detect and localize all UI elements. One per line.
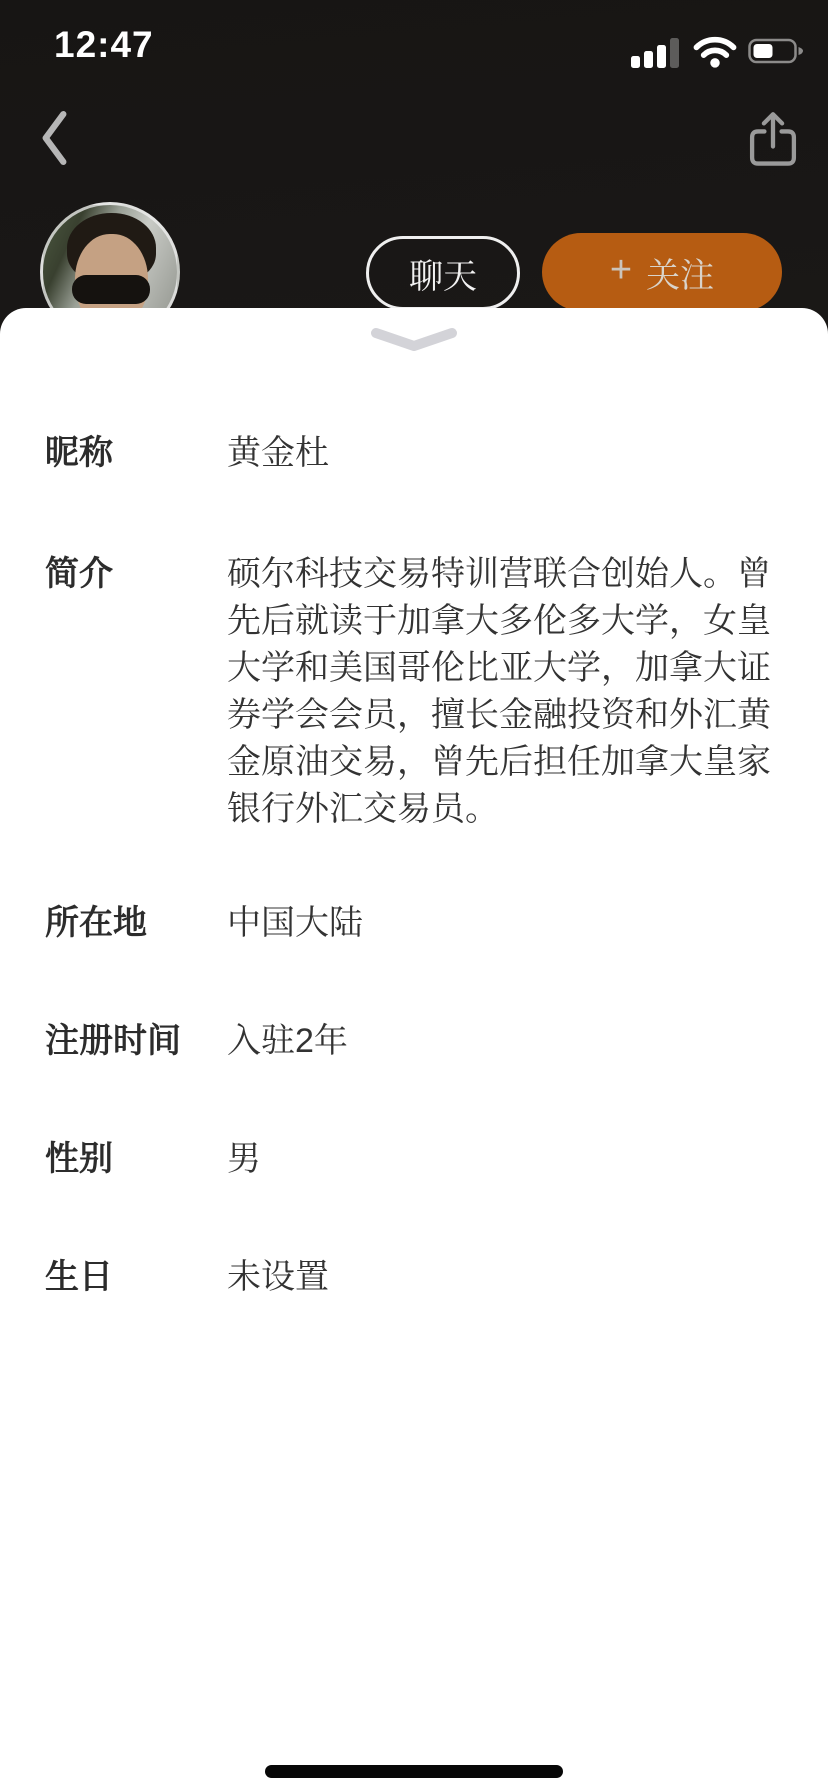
chat-button[interactable]: 聊天 [366,236,520,310]
share-icon [746,158,800,173]
field-value: 中国大陆 [227,903,363,943]
field-label: 性别 [45,1139,227,1179]
field-label: 注册时间 [45,1021,227,1061]
field-value: 男 [227,1139,261,1179]
field-row-registration: 注册时间 入驻2年 [45,1021,792,1061]
field-label: 生日 [45,1257,227,1297]
field-value: 未设置 [227,1257,329,1297]
cellular-signal-icon [630,34,682,73]
chat-button-label: 聊天 [409,249,477,298]
status-bar: 12:47 [0,0,828,90]
clock-time: 12:47 [54,24,154,66]
battery-icon [748,37,806,70]
field-row-nickname: 昵称 黄金杜 [45,433,792,473]
field-row-birthday: 生日 未设置 [45,1257,792,1297]
field-row-gender: 性别 男 [45,1139,792,1179]
avatar-sunglasses [72,275,150,304]
chevron-down-icon [368,342,460,357]
field-value: 入驻2年 [227,1021,348,1061]
chevron-left-icon [40,154,68,169]
profile-fields: 昵称 黄金杜 简介 硕尔科技交易特训营联合创始人。曾先后就读于加拿大多伦多大学，… [0,308,828,1297]
plus-icon: + [610,249,632,292]
field-row-bio: 简介 硕尔科技交易特训营联合创始人。曾先后就读于加拿大多伦多大学，女皇大学和美国… [45,551,792,833]
status-icons [630,34,806,73]
home-indicator[interactable] [265,1765,563,1778]
back-button[interactable] [26,104,82,174]
collapse-sheet-handle[interactable] [368,326,460,357]
profile-screen: 12:47 [0,0,828,1792]
field-label: 简介 [45,551,227,598]
follow-button-label: 关注 [646,248,714,297]
field-row-location: 所在地 中国大陆 [45,903,792,943]
field-label: 昵称 [45,433,227,473]
field-value: 黄金杜 [227,433,329,473]
field-label: 所在地 [45,903,227,943]
field-value: 硕尔科技交易特训营联合创始人。曾先后就读于加拿大多伦多大学，女皇大学和美国哥伦比… [227,551,779,833]
profile-detail-sheet: 昵称 黄金杜 简介 硕尔科技交易特训营联合创始人。曾先后就读于加拿大多伦多大学，… [0,308,828,1792]
follow-button[interactable]: + 关注 [542,233,782,311]
wifi-icon [693,35,737,73]
share-button[interactable] [742,106,804,176]
